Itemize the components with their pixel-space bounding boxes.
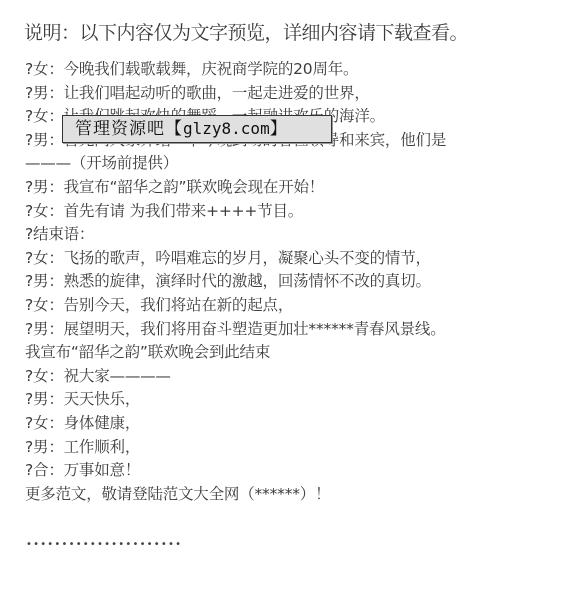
text-line: ?女：飞扬的歌声，吟唱难忘的岁月，凝聚心头不变的情节， (25, 247, 565, 271)
preview-notice: 说明：以下内容仅为文字预览，详细内容请下载查看。 (24, 18, 468, 45)
watermark-domain: glzy8.com (183, 119, 270, 138)
watermark-label: 管理资源吧【 (75, 119, 183, 139)
text-line: ?女：今晚我们载歌载舞，庆祝商学院的20周年。 (25, 58, 565, 82)
text-line: 我宣布“韶华之韵”联欢晚会到此结束 (25, 341, 565, 365)
text-line: ?合：万事如意！ (25, 459, 565, 483)
text-line: ?女：祝大家———— (25, 365, 565, 389)
text-line: ?男：展望明天，我们将用奋斗塑造更加壮******青春风景线。 (25, 318, 565, 342)
text-line: ?结束语： (25, 223, 565, 247)
text-line: ?女：身体健康， (25, 412, 565, 436)
watermark-banner: 管理资源吧【glzy8.com】 (62, 115, 332, 143)
watermark-bracket: 】 (270, 119, 288, 139)
text-line: ?男：让我们唱起动听的歌曲，一起走进爱的世界， (25, 82, 565, 106)
text-line: ?女：告别今天，我们将站在新的起点， (25, 294, 565, 318)
text-line: ———（开场前提供） (25, 152, 565, 176)
text-line: ?男：工作顺利， (25, 436, 565, 460)
text-line: ?女：首先有请 为我们带来++++节目。 (25, 200, 565, 224)
text-line: 更多范文，敬请登陆范文大全网（******）！ (25, 483, 565, 507)
text-line: ?男：天天快乐， (25, 388, 565, 412)
text-line: ?男：我宣布“韶华之韵”联欢晚会现在开始！ (25, 176, 565, 200)
text-line: ?男：熟悉的旋律，演绎时代的激越，回荡情怀不改的真切。 (25, 270, 565, 294)
ellipsis-dots: •••••••••••••••••••••• (26, 539, 182, 550)
